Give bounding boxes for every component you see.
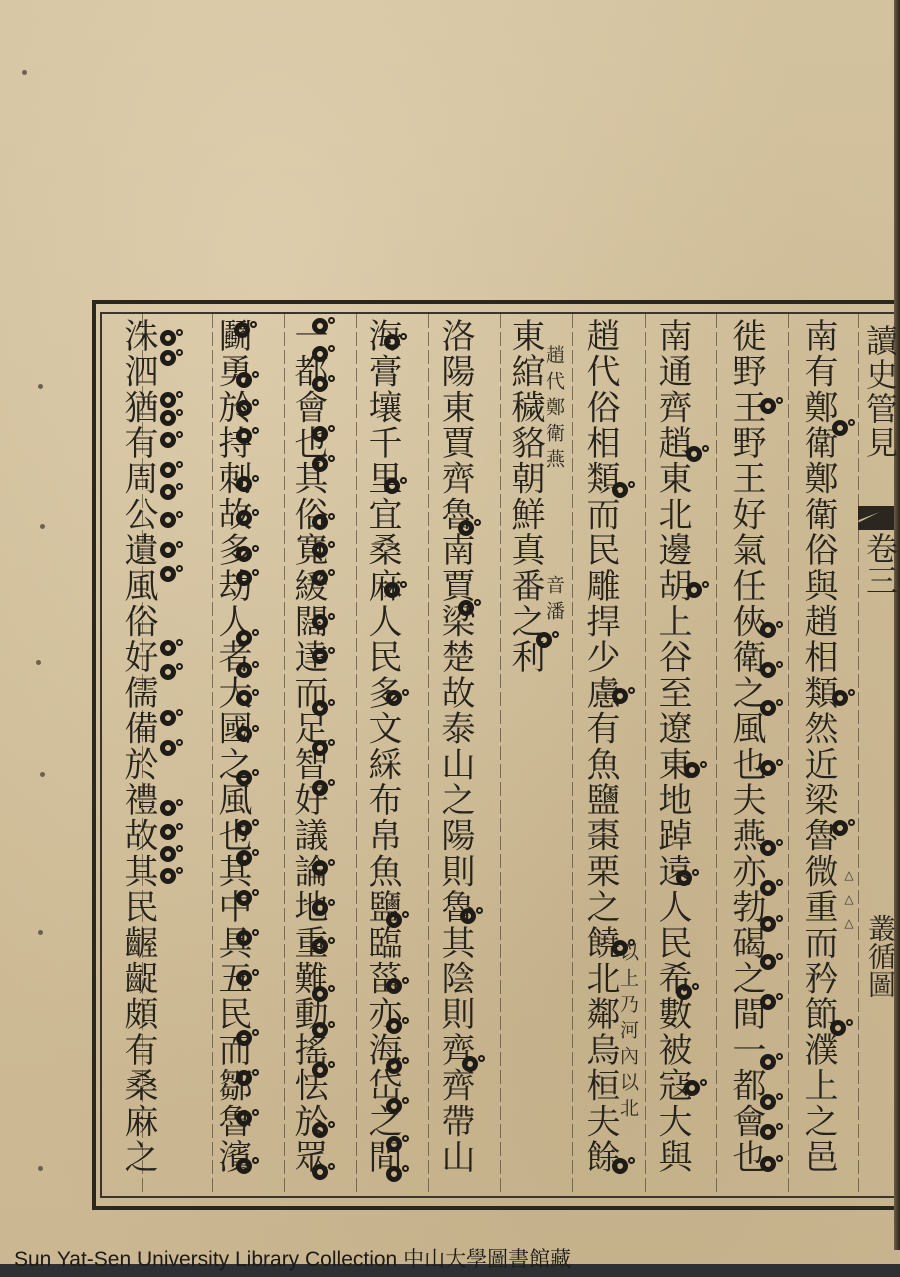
reading-mark-icon <box>160 846 176 862</box>
binding-hole <box>38 1166 43 1171</box>
reading-mark-icon <box>386 1098 402 1114</box>
binding-hole <box>40 772 45 777</box>
reading-mark-icon <box>386 690 402 706</box>
reading-mark-icon <box>312 1062 328 1078</box>
reading-mark-icon <box>312 986 328 1002</box>
reading-mark-icon <box>236 510 252 526</box>
reading-mark-icon <box>160 664 176 680</box>
reading-mark-icon <box>312 938 328 954</box>
reading-mark-icon <box>760 1124 776 1140</box>
binding-hole <box>36 660 41 665</box>
reading-mark-icon <box>760 916 776 932</box>
reading-mark-icon <box>236 770 252 786</box>
text-column-9: 鬬勇於持刺故多劫人者大國之風也其中具五民而鄒魯濱 <box>212 318 252 1175</box>
reading-mark-icon <box>160 800 176 816</box>
reading-mark-icon <box>760 1054 776 1070</box>
reading-mark-icon <box>760 954 776 970</box>
text-column-4: 趙代俗相類而民雕捍少慮有魚鹽棗栗之饒北鄰烏桓夫餘 <box>580 318 620 1175</box>
reading-mark-icon <box>312 900 328 916</box>
reading-mark-icon <box>312 1122 328 1138</box>
reading-mark-icon <box>236 1070 252 1086</box>
reading-mark-icon <box>458 600 474 616</box>
column-rule <box>788 314 789 1196</box>
reading-mark-icon <box>760 760 776 776</box>
reading-mark-icon <box>312 426 328 442</box>
annotation-note: 以上乃河內以北 <box>618 942 638 1124</box>
reading-mark-icon <box>832 420 848 436</box>
reading-mark-icon <box>612 1158 628 1174</box>
reading-mark-icon <box>312 740 328 756</box>
reading-mark-icon <box>384 334 400 350</box>
reading-mark-icon <box>312 860 328 876</box>
text-column-6: 洛陽東賈齊魯南賈梁楚故泰山之陽則魯其陰則齊齊帶山 <box>435 318 475 1175</box>
reading-mark-icon <box>160 410 176 426</box>
reading-mark-icon <box>312 570 328 586</box>
reading-mark-icon <box>312 514 328 530</box>
reading-mark-icon <box>160 566 176 582</box>
reading-mark-icon <box>236 820 252 836</box>
reading-mark-icon <box>236 428 252 444</box>
text-column-2: 徙野王野王好氣任俠衛之風也夫燕亦勃碣之間一都會也 <box>726 318 766 1175</box>
reading-mark-icon <box>760 1094 776 1110</box>
reading-mark-icon <box>760 662 776 678</box>
reading-mark-icon <box>160 542 176 558</box>
annotation-note: 音潘 <box>544 575 564 627</box>
column-rule <box>284 314 285 1196</box>
reading-mark-icon <box>236 476 252 492</box>
binding-hole <box>38 930 43 935</box>
reading-mark-icon <box>760 1156 776 1172</box>
reading-mark-icon <box>160 710 176 726</box>
reading-mark-icon <box>236 930 252 946</box>
column-rule <box>716 314 717 1196</box>
reading-mark-icon <box>760 700 776 716</box>
reading-mark-icon <box>160 512 176 528</box>
reading-mark-icon <box>684 762 700 778</box>
reading-mark-icon <box>676 870 692 886</box>
reading-mark-icon <box>312 614 328 630</box>
reading-mark-icon <box>676 984 692 1000</box>
reading-mark-icon <box>386 1058 402 1074</box>
reading-mark-icon <box>236 400 252 416</box>
reading-mark-icon <box>312 780 328 796</box>
reading-mark-icon <box>686 582 702 598</box>
reading-mark-icon <box>760 880 776 896</box>
reading-mark-icon <box>236 1110 252 1126</box>
reading-mark-icon <box>236 630 252 646</box>
page-edge-shadow <box>894 0 900 1250</box>
reading-mark-icon <box>384 478 400 494</box>
reading-mark-icon <box>312 1164 328 1180</box>
reading-mark-icon <box>160 484 176 500</box>
reading-mark-icon <box>160 350 176 366</box>
reading-mark-icon <box>686 446 702 462</box>
reading-mark-icon <box>536 632 552 648</box>
text-column-1: 南有鄭衛鄭衛俗與趙相類然近梁魯微重而矜節濮上之邑 <box>798 318 838 1175</box>
text-column-7: 海膏壤千里宜桑麻人民多文綵布帛魚鹽臨菑亦海岱之間 <box>362 318 402 1175</box>
text-column-10: 洙泗猶有周公遺風俗好儒備於禮故其民齷齪頗有桑麻之 <box>118 318 158 1175</box>
reading-mark-icon <box>760 840 776 856</box>
frame-rule-left <box>100 312 102 1198</box>
reading-mark-icon <box>312 376 328 392</box>
fishtail-mark <box>858 506 894 530</box>
reading-mark-icon <box>312 1022 328 1038</box>
reading-mark-icon <box>236 890 252 906</box>
reading-mark-icon <box>386 1166 402 1182</box>
binding-hole <box>40 524 45 529</box>
reading-mark-icon <box>760 994 776 1010</box>
reading-mark-icon <box>312 648 328 664</box>
reading-mark-icon <box>236 1030 252 1046</box>
text-column-3: 南通齊趙東北邊胡上谷至遼東地踔遠人民希數被寇大與 <box>652 318 692 1175</box>
column-rule <box>428 314 429 1196</box>
reading-mark-icon <box>236 546 252 562</box>
reading-mark-icon <box>160 868 176 884</box>
text-column-5: 東綰穢貉朝鮮真番之利 <box>505 318 545 675</box>
reading-mark-icon <box>160 462 176 478</box>
reading-mark-icon <box>236 372 252 388</box>
press-name: 叢循圖 <box>866 914 894 998</box>
reading-mark-icon <box>160 824 176 840</box>
reading-mark-icon <box>236 850 252 866</box>
reading-mark-icon <box>160 392 176 408</box>
reading-mark-icon <box>312 542 328 558</box>
collection-watermark: Sun Yat-Sen University Library Collectio… <box>14 1243 571 1273</box>
reading-mark-icon <box>760 622 776 638</box>
annotation-note: 趙代鄭衛燕 <box>544 345 564 475</box>
block-heart: 讀史管見 卷三 叢循圖 <box>858 314 894 1196</box>
reading-mark-icon <box>830 1020 846 1036</box>
reading-mark-icon <box>386 978 402 994</box>
scanned-page: 讀史管見 卷三 叢循圖 南有鄭衛鄭衛俗與趙相類然近梁魯微重而矜節濮上之邑 徙野王… <box>0 0 900 1277</box>
reading-mark-icon <box>160 432 176 448</box>
reading-mark-icon <box>760 398 776 414</box>
emphasis-triangles: △△△ <box>843 868 855 940</box>
binding-hole <box>22 70 27 75</box>
reading-mark-icon <box>312 700 328 716</box>
reading-mark-icon <box>386 1018 402 1034</box>
reading-mark-icon <box>236 970 252 986</box>
reading-mark-icon <box>234 322 250 338</box>
column-rule <box>500 314 501 1196</box>
frame-rule-bottom <box>100 1196 894 1198</box>
reading-mark-icon <box>236 726 252 742</box>
reading-mark-icon <box>236 662 252 678</box>
binding-hole <box>38 384 43 389</box>
reading-mark-icon <box>832 690 848 706</box>
reading-mark-icon <box>458 520 474 536</box>
reading-mark-icon <box>236 690 252 706</box>
volume-label: 卷三 <box>864 532 896 596</box>
reading-mark-icon <box>612 482 628 498</box>
reading-mark-icon <box>236 1158 252 1174</box>
reading-mark-icon <box>462 1056 478 1072</box>
reading-mark-icon <box>386 912 402 928</box>
book-title: 讀史管見 <box>864 324 896 460</box>
reading-mark-icon <box>160 330 176 346</box>
reading-mark-icon <box>236 570 252 586</box>
reading-mark-icon <box>312 346 328 362</box>
reading-mark-icon <box>384 582 400 598</box>
column-rule <box>356 314 357 1196</box>
column-rule <box>572 314 573 1196</box>
reading-mark-icon <box>612 940 628 956</box>
reading-mark-icon <box>160 740 176 756</box>
reading-mark-icon <box>386 1136 402 1152</box>
reading-mark-icon <box>684 1080 700 1096</box>
reading-mark-icon <box>160 640 176 656</box>
reading-mark-icon <box>312 456 328 472</box>
frame-rule-top <box>100 312 894 314</box>
reading-mark-icon <box>460 908 476 924</box>
column-rule <box>645 314 646 1196</box>
reading-mark-icon <box>612 688 628 704</box>
reading-mark-icon <box>312 318 328 334</box>
reading-mark-icon <box>832 820 848 836</box>
